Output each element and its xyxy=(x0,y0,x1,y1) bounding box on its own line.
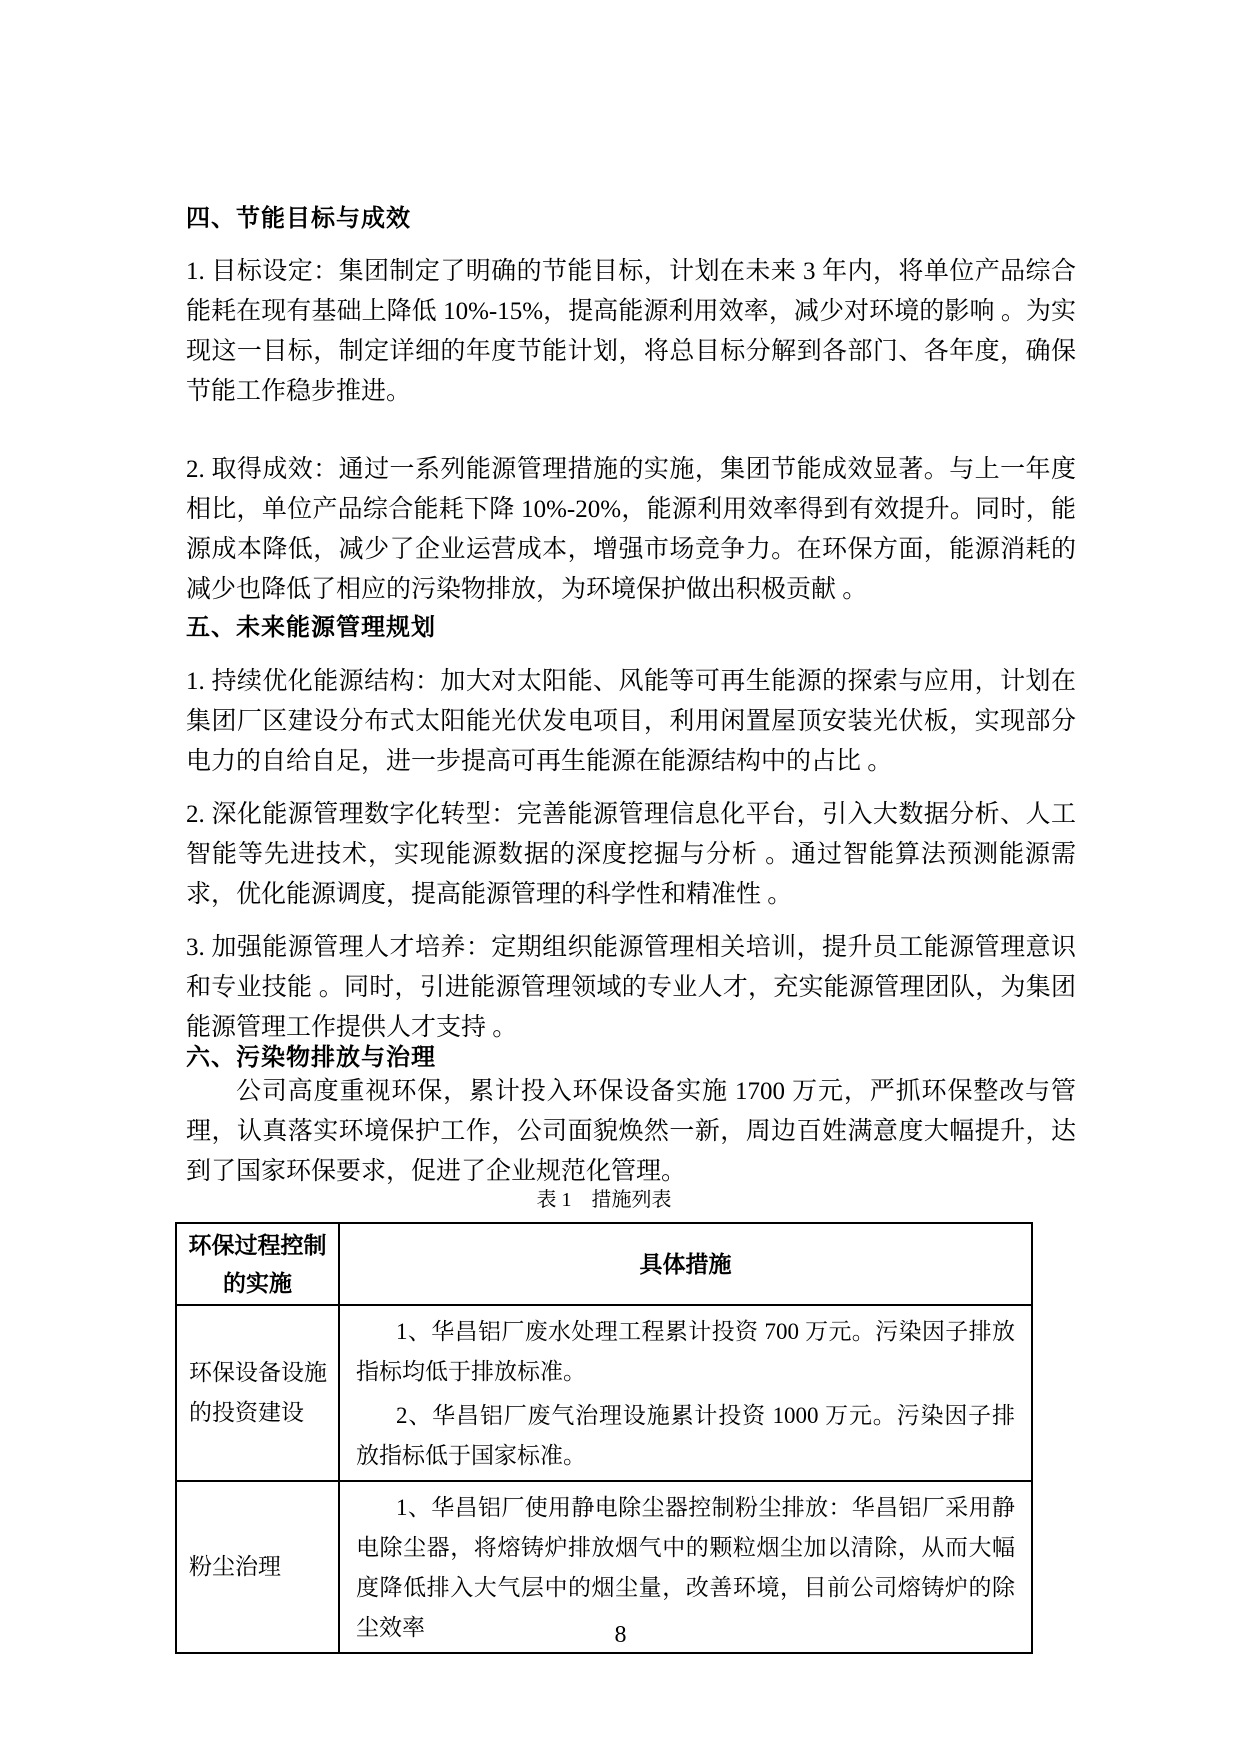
cell-measures-equipment: 1、华昌铝厂废水处理工程累计投资 700 万元。污染因子排放指标均低于排放标准。… xyxy=(339,1305,1032,1481)
paragraph-environment-intro: 公司高度重视环保，累计投入环保设备实施 1700 万元，严抓环保整改与管理，认真… xyxy=(186,1072,1076,1192)
paragraph-talent-training: 3. 加强能源管理人才培养：定期组织能源管理相关培训，提升员工能源管理意识和专业… xyxy=(186,928,1076,1048)
heading-section-6: 六、污染物排放与治理 xyxy=(186,1042,436,1074)
paragraph-achievements: 2. 取得成效：通过一系列能源管理措施的实施，集团节能成效显著。与上一年度相比，… xyxy=(186,450,1076,610)
table-row: 环保设备设施的投资建设 1、华昌铝厂废水处理工程累计投资 700 万元。污染因子… xyxy=(176,1305,1032,1481)
row-label-equipment-investment: 环保设备设施的投资建设 xyxy=(176,1305,339,1481)
document-page: 四、节能目标与成效 1. 目标设定：集团制定了明确的节能目标，计划在未来 3 年… xyxy=(0,0,1241,1754)
heading-section-4: 四、节能目标与成效 xyxy=(186,203,411,235)
heading-section-5: 五、未来能源管理规划 xyxy=(186,612,436,644)
measure-item: 2、华昌铝厂废气治理设施累计投资 1000 万元。污染因子排放指标低于国家标准。 xyxy=(356,1396,1015,1476)
table-caption: 表 1 措施列表 xyxy=(175,1186,1033,1214)
measures-table: 环保过程控制的实施 具体措施 环保设备设施的投资建设 1、华昌铝厂废水处理工程累… xyxy=(175,1222,1033,1654)
table-header-measures: 具体措施 xyxy=(339,1223,1032,1305)
table-header-control: 环保过程控制的实施 xyxy=(176,1223,339,1305)
paragraph-digital-transformation: 2. 深化能源管理数字化转型：完善能源管理信息化平台，引入大数据分析、人工智能等… xyxy=(186,795,1076,915)
page-number: 8 xyxy=(0,1620,1241,1650)
paragraph-goal-setting: 1. 目标设定：集团制定了明确的节能目标，计划在未来 3 年内，将单位产品综合能… xyxy=(186,252,1076,412)
table-header-row: 环保过程控制的实施 具体措施 xyxy=(176,1223,1032,1305)
measure-item: 1、华昌铝厂废水处理工程累计投资 700 万元。污染因子排放指标均低于排放标准。 xyxy=(356,1312,1015,1392)
paragraph-energy-structure: 1. 持续优化能源结构：加大对太阳能、风能等可再生能源的探索与应用，计划在集团厂… xyxy=(186,662,1076,782)
